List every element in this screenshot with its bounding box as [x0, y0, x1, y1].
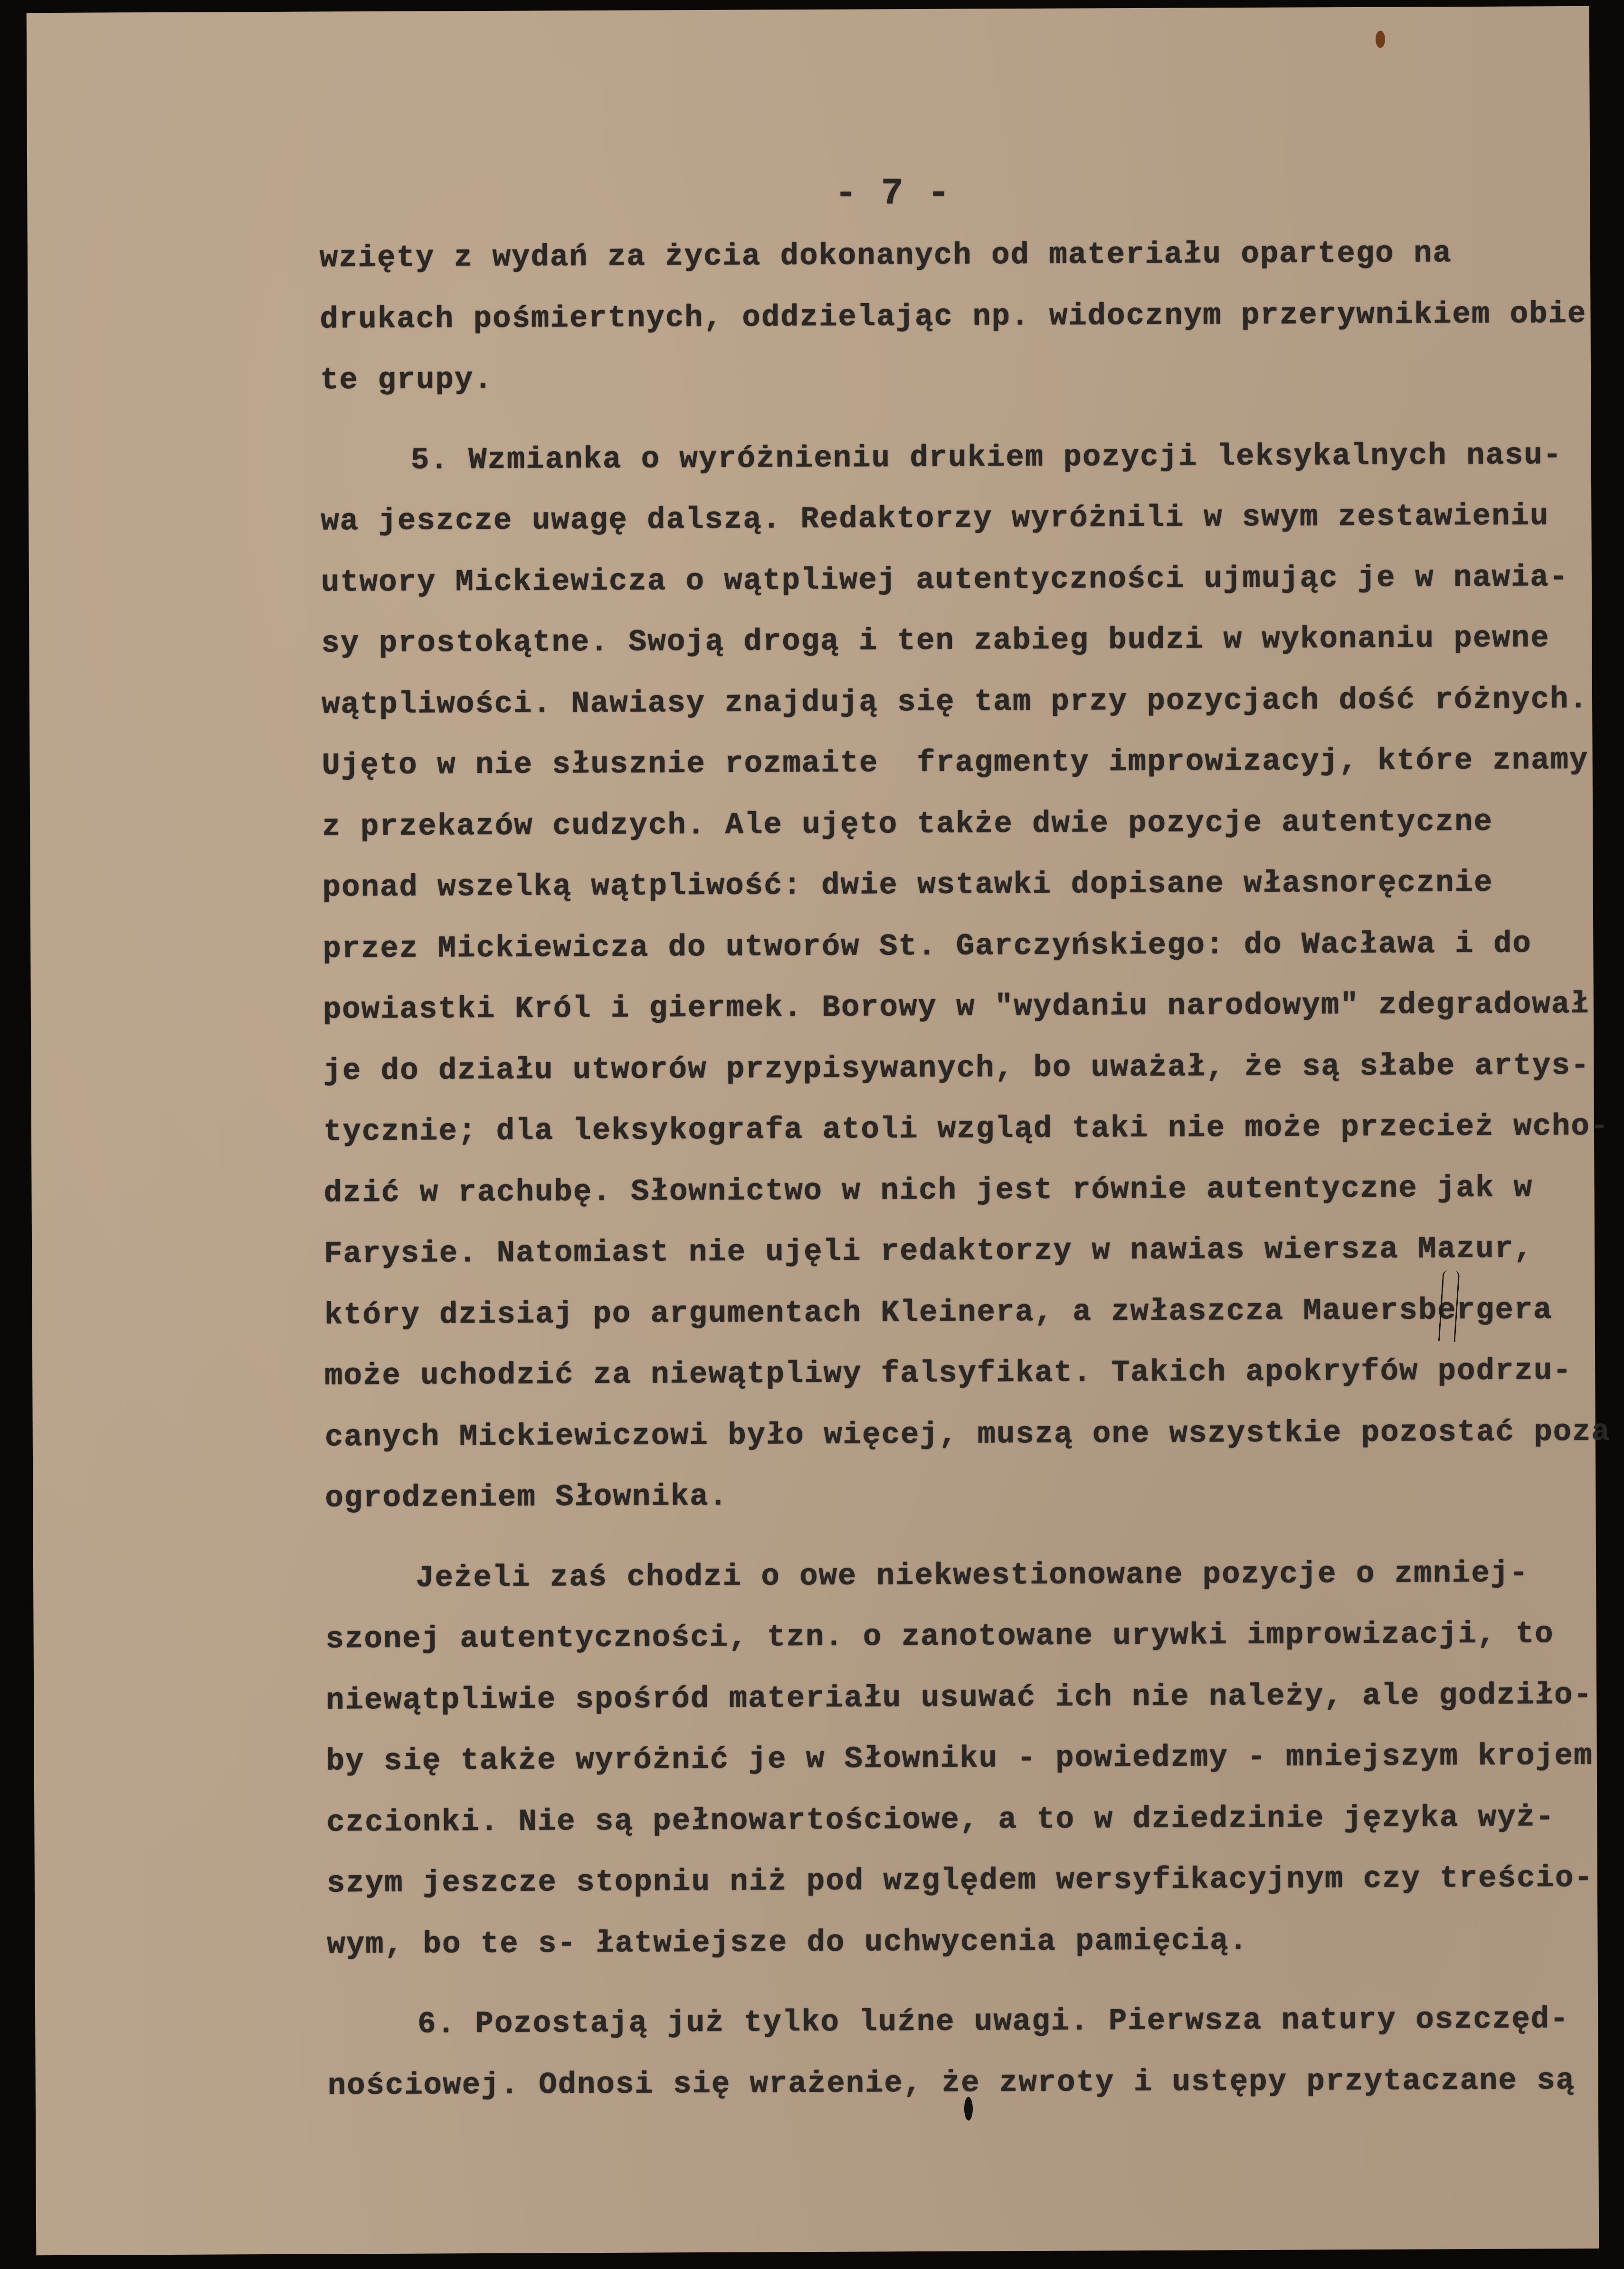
text-line: utwory Mickiewicza o wątpliwej autentycz… [321, 553, 1614, 620]
text-line: wa jeszcze uwagę dalszą. Redaktorzy wyró… [321, 493, 1613, 559]
page-number: - 7 - [835, 173, 950, 215]
text-line: 6. Pozostają już tylko luźne uwagi. Pier… [327, 1996, 1620, 2062]
body-text: wzięty z wydań za życia dokonanych od ma… [320, 229, 1620, 2124]
text-line: ogrodzeniem Słownika. [325, 1469, 1617, 1536]
text-line: szonej autentyczności, tzn. o zanotowane… [325, 1611, 1618, 1677]
text-line: który dzisiaj po argumentach Kleinera, a… [324, 1286, 1616, 1353]
text-line: Ujęto w nie słusznie rozmaite fragmenty … [322, 737, 1614, 803]
text-line: tycznie; dla leksykografa atoli wzgląd t… [323, 1103, 1616, 1170]
text-line: wątpliwości. Nawiasy znajdują się tam pr… [322, 676, 1614, 742]
ink-stain [1376, 31, 1385, 48]
text-line: czcionki. Nie są pełnowartościowe, a to … [326, 1793, 1619, 1860]
text-line: powiastki Król i giermek. Borowy w "wyda… [323, 981, 1615, 1048]
text-line: je do działu utworów przypisywanych, bo … [323, 1042, 1615, 1108]
text-line: drukach pośmiertnych, oddzielając np. wi… [320, 290, 1612, 357]
text-line: szym jeszcze stopniu niż pod względem we… [327, 1855, 1619, 1921]
text-line: przez Mickiewicza do utworów St. Garczyń… [323, 920, 1615, 986]
text-line: wzięty z wydań za życia dokonanych od ma… [320, 229, 1612, 296]
text-line: Jeżeli zaś chodzi o owe niekwestionowane… [325, 1549, 1618, 1616]
text-line: canych Mickiewiczowi było więcej, muszą … [325, 1408, 1617, 1475]
text-line: z przekazów cudzych. Ale ujęto także dwi… [322, 798, 1615, 864]
text-line: nościowej. Odnosi się wrażenie, że zwrot… [328, 2057, 1620, 2123]
text-line: by się także wyróżnić je w Słowniku - po… [326, 1733, 1619, 1799]
text-line: sy prostokątne. Swoją drogą i ten zabieg… [321, 615, 1614, 681]
text-line: niewątpliwie spośród materiału usuwać ic… [326, 1671, 1618, 1738]
text-line: wym, bo te s- łatwiejsze do uchwycenia p… [327, 1916, 1619, 1982]
text-line: ponad wszelką wątpliwość: dwie wstawki d… [323, 859, 1615, 925]
text-line: te grupy. [320, 352, 1613, 418]
punch-hole-mark [964, 2097, 973, 2121]
text-line: 5. Wzmianka o wyróżnieniu drukiem pozycj… [321, 431, 1613, 498]
text-line: Farysie. Natomiast nie ujęli redaktorzy … [324, 1225, 1616, 1292]
typewritten-page: - 7 - wzięty z wydań za życia dokonanych… [27, 6, 1599, 2255]
text-line: może uchodzić za niewątpliwy falsyfikat.… [324, 1347, 1617, 1414]
text-line: dzić w rachubę. Słownictwo w nich jest r… [323, 1164, 1616, 1230]
